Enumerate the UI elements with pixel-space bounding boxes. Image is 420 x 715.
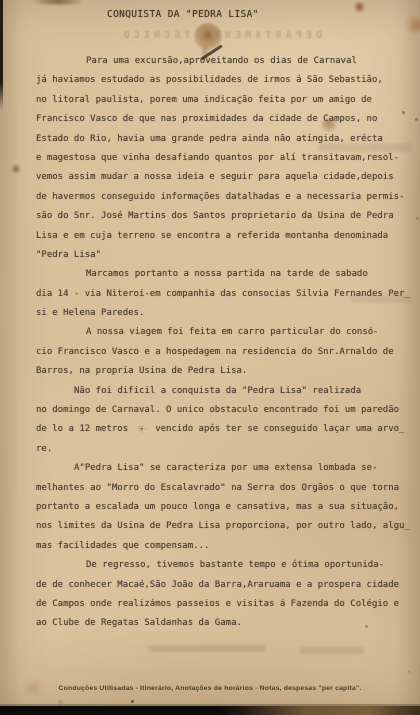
photo-edge-bottom xyxy=(0,706,420,715)
typed-line: si e Helena Paredes. xyxy=(36,304,402,323)
stain-bottom-left xyxy=(24,679,42,697)
ghost-erased-text-remnant xyxy=(148,645,266,652)
ghost-bleedthrough-smudge xyxy=(318,143,412,152)
typed-line: Lisa e em cuja terreno se encontra a ref… xyxy=(36,227,402,246)
typed-line: Para uma excursão,aproveitando os dias d… xyxy=(36,52,402,71)
typed-line: nos limites da Usina de Pedra Lisa propo… xyxy=(36,517,402,536)
typed-line: Francisco Vasco de que nas proximidades … xyxy=(36,110,402,129)
typed-line: de Campos onde realizámos passeios e vis… xyxy=(36,595,402,614)
typed-line: mas facilidades que compensam... xyxy=(36,537,402,556)
page-title: CONQUISTA DA "PEDRA LISA" xyxy=(107,9,259,20)
stain-mid-right xyxy=(321,118,338,133)
typed-line: Barros, na propria Usina de Pedra Lisa. xyxy=(36,362,402,381)
typed-line: no litoral paulista, porem uma indicação… xyxy=(36,91,402,110)
typed-line: dia 14 - via Niteroi-em companhia das co… xyxy=(36,285,402,304)
typed-line: no domingo de Carnaval. O unico obstacul… xyxy=(36,401,402,420)
typed-line: cio Francisco Vasco e a hospedagem na re… xyxy=(36,343,402,362)
typed-text-block: Para uma excursão,aproveitando os dias d… xyxy=(36,52,402,634)
stain-top-edge xyxy=(33,0,83,6)
typed-line: portanto a escalada um pouco longa e can… xyxy=(36,498,402,517)
typed-line: melhantes ao "Morro do Escalavrado" na S… xyxy=(36,479,402,498)
footer-printed-note: Conduções Utilisadas - Itinerário, Anota… xyxy=(0,685,420,692)
typed-line: de lo a 12 metros - vencido após ter se … xyxy=(36,420,402,439)
typed-line: já haviamos estudado as possibilidades d… xyxy=(36,71,402,90)
typed-line: vemos assim mudar a nossa ideia e seguir… xyxy=(36,168,402,187)
ghost-bleedthrough-smudge xyxy=(350,295,410,303)
ghost-erased-text-remnant xyxy=(300,647,364,654)
typed-line: de de conhecer Macaé,São João da Barra,A… xyxy=(36,576,402,595)
stain-dot-left xyxy=(11,164,21,174)
typed-line: re. xyxy=(36,440,402,459)
typed-line: A"Pedra Lisa" se caracteriza por uma ext… xyxy=(36,459,402,478)
photo-edge-left xyxy=(0,0,3,110)
typed-line: ao Clube de Regatas Saldanhas da Gama. xyxy=(36,614,402,633)
typed-line: "Pedra Lisa" xyxy=(36,246,402,265)
document-page: CONQUISTA DA "PEDRA LISA" DEPARTAMENTO T… xyxy=(0,0,420,715)
typed-line: de havermos conseguido informações datal… xyxy=(36,188,402,207)
typed-line: Marcamos portanto a nossa partida na tar… xyxy=(36,265,402,284)
erased-correction-mark: q- xyxy=(138,424,149,434)
typed-line: são do Snr. José Martins dos Santos prop… xyxy=(36,207,402,226)
stain-right-edge xyxy=(404,16,420,34)
stain-top-right-dot xyxy=(353,1,366,13)
typed-line: De regresso, tivemos bastante tempo e ót… xyxy=(36,556,402,575)
typed-line: A nossa viagem foi feita em carro partic… xyxy=(36,323,402,342)
typed-line: Não foi dificil a conquista da "Pedra Li… xyxy=(36,382,402,401)
